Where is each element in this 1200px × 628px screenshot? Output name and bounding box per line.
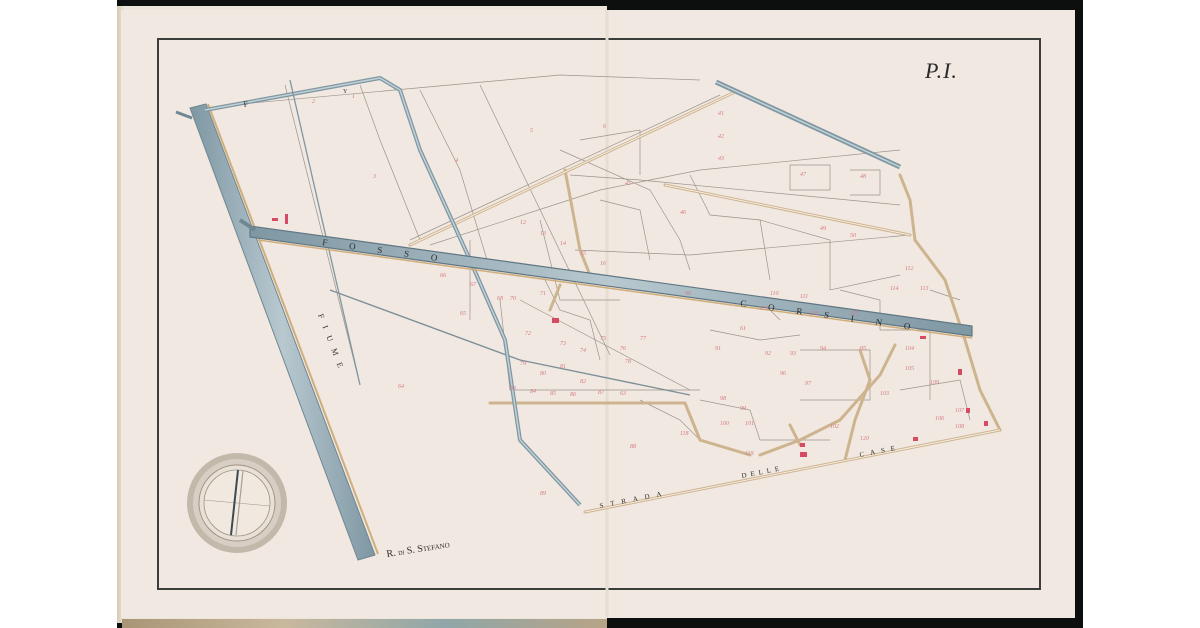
svg-text:105: 105 <box>905 366 914 372</box>
svg-text:3: 3 <box>372 174 376 180</box>
svg-text:112: 112 <box>905 266 914 272</box>
svg-text:65: 65 <box>460 311 466 317</box>
svg-text:89: 89 <box>540 491 546 497</box>
svg-text:87: 87 <box>598 390 605 396</box>
parcel-boundaries <box>230 75 970 440</box>
svg-text:100: 100 <box>720 421 729 427</box>
svg-text:88: 88 <box>630 444 636 450</box>
svg-text:120: 120 <box>860 436 869 442</box>
svg-text:74: 74 <box>580 347 586 354</box>
svg-text:2: 2 <box>312 99 315 105</box>
svg-text:75: 75 <box>600 336 606 342</box>
cadastral-map: 213 4564 64142 434546 474849 501213 1415… <box>0 0 1200 628</box>
svg-text:110: 110 <box>770 291 779 297</box>
svg-text:97: 97 <box>805 381 812 387</box>
svg-text:91: 91 <box>715 346 721 352</box>
svg-text:96: 96 <box>780 371 786 377</box>
svg-text:80: 80 <box>540 371 546 377</box>
svg-text:47: 47 <box>800 171 807 178</box>
svg-text:5: 5 <box>530 128 533 134</box>
svg-text:72: 72 <box>525 331 531 337</box>
svg-text:93: 93 <box>790 351 796 357</box>
svg-text:118: 118 <box>680 431 689 437</box>
svg-text:66: 66 <box>440 273 446 279</box>
svg-text:48: 48 <box>860 173 866 180</box>
svg-text:64: 64 <box>398 383 404 390</box>
label-road-san-stefano: R. DI S. STEFANO <box>386 539 451 560</box>
svg-text:92: 92 <box>765 351 771 357</box>
svg-text:13: 13 <box>540 231 546 237</box>
svg-text:99: 99 <box>740 406 746 412</box>
svg-text:4: 4 <box>455 157 458 164</box>
svg-text:50: 50 <box>850 233 856 239</box>
label-strada: STRADA <box>599 489 669 510</box>
svg-text:16: 16 <box>600 261 606 267</box>
svg-text:41: 41 <box>718 110 724 117</box>
svg-text:73: 73 <box>560 341 566 347</box>
svg-text:102: 102 <box>830 424 839 430</box>
svg-text:106: 106 <box>935 416 944 422</box>
plate-number: P.I. <box>925 58 958 84</box>
svg-text:94: 94 <box>820 345 826 352</box>
svg-text:70: 70 <box>510 296 516 302</box>
svg-text:114: 114 <box>890 285 899 292</box>
label-fiume: FIUME <box>316 312 348 376</box>
svg-text:78: 78 <box>625 359 631 365</box>
svg-text:98: 98 <box>720 396 726 402</box>
svg-text:76: 76 <box>620 346 626 352</box>
svg-text:111: 111 <box>800 294 808 300</box>
compass-rose <box>187 453 287 553</box>
svg-text:119: 119 <box>745 451 754 457</box>
svg-text:42: 42 <box>718 133 724 140</box>
label-case: CASE <box>859 443 902 459</box>
svg-text:90: 90 <box>685 291 691 297</box>
svg-text:12: 12 <box>520 220 526 226</box>
svg-text:77: 77 <box>640 336 647 342</box>
svg-text:43: 43 <box>718 155 724 162</box>
svg-text:101: 101 <box>745 421 754 427</box>
svg-text:109: 109 <box>930 380 939 386</box>
svg-text:108: 108 <box>955 424 964 430</box>
svg-text:82: 82 <box>580 379 586 385</box>
road-east <box>900 175 1000 430</box>
svg-text:15: 15 <box>580 251 586 257</box>
svg-text:1: 1 <box>352 94 355 100</box>
svg-text:71: 71 <box>540 291 546 297</box>
svg-text:14: 14 <box>560 240 566 247</box>
svg-text:79: 79 <box>520 361 526 367</box>
svg-text:81: 81 <box>560 364 566 370</box>
svg-text:113: 113 <box>920 286 929 292</box>
svg-text:104: 104 <box>905 345 914 352</box>
svg-text:85: 85 <box>550 391 556 397</box>
svg-text:84: 84 <box>530 388 536 395</box>
svg-text:6: 6 <box>603 124 606 130</box>
svg-text:68: 68 <box>497 296 503 302</box>
svg-text:107: 107 <box>955 408 965 414</box>
svg-text:45: 45 <box>625 180 631 187</box>
svg-text:103: 103 <box>880 391 889 397</box>
svg-text:46: 46 <box>680 209 686 216</box>
svg-text:49: 49 <box>820 225 826 232</box>
svg-text:83: 83 <box>510 386 516 392</box>
svg-text:61: 61 <box>740 326 746 332</box>
svg-text:67: 67 <box>470 282 477 288</box>
svg-text:63: 63 <box>620 391 626 397</box>
svg-text:Y: Y <box>343 89 348 95</box>
svg-text:86: 86 <box>570 392 576 398</box>
svg-text:95: 95 <box>860 346 866 352</box>
